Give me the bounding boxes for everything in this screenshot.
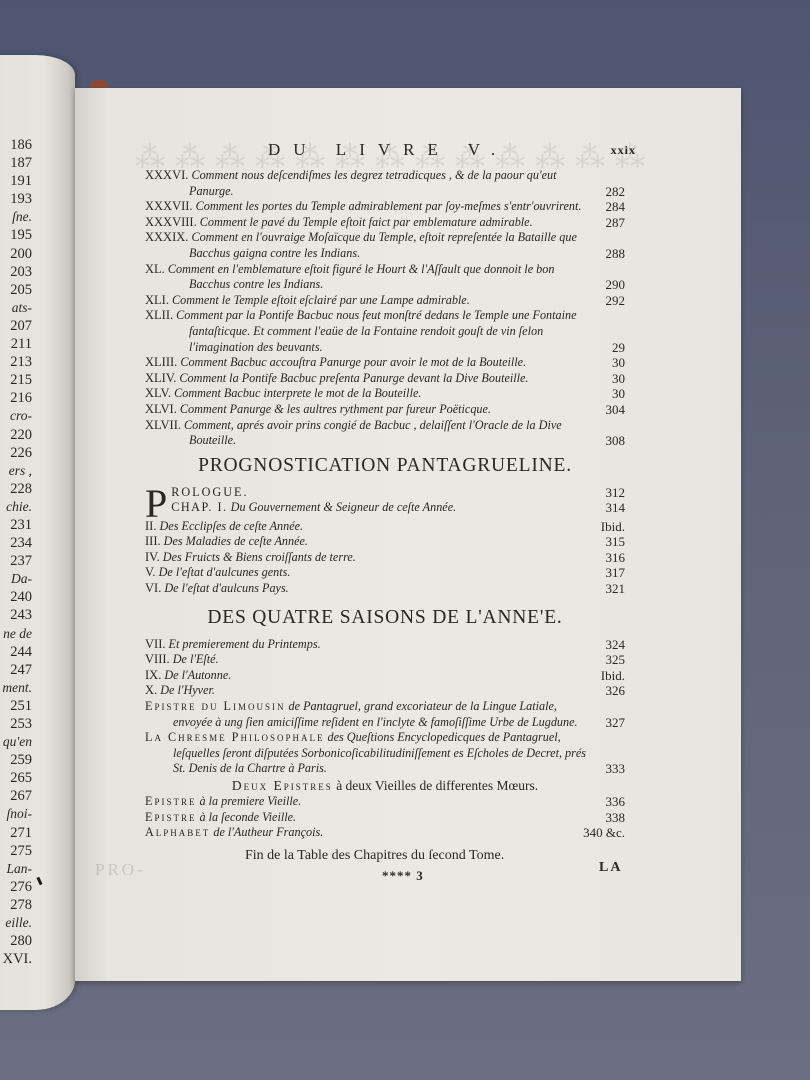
chapter-number: XLVI. (145, 402, 177, 416)
folio-number: xxix (611, 143, 636, 158)
toc-entry: X. De l'Hyver.326 (145, 683, 625, 699)
entry-heading: Epistre (145, 794, 196, 808)
chapter-title: Comment Bacbuc interprete le mot de la B… (174, 386, 421, 400)
page-number: Ibid. (601, 668, 625, 684)
chapter-title: Comment en l'emblemature eſtoit figuré l… (168, 262, 555, 292)
margin-text: 243 (0, 606, 32, 624)
chapter-number: XXXVIII. (145, 215, 197, 229)
chapter-title: Comment Panurge & les aultres rythment p… (180, 402, 491, 416)
chapter-number: XLI. (145, 293, 169, 307)
margin-text: 191 (0, 172, 32, 190)
margin-text: 226 (0, 444, 32, 462)
margin-text: 207 (0, 317, 32, 335)
toc-entry: XLVI. Comment Panurge & les aultres ryth… (145, 402, 625, 418)
margin-text: 275 (0, 842, 32, 860)
chapter-title: de l'Autheur François. (213, 825, 323, 839)
toc-entry: XLI. Comment le Temple eſtoit eſclairé p… (145, 293, 625, 309)
toc-entry: XXXVI. Comment nous deſcendiſmes les deg… (145, 168, 625, 199)
chapter-title: Comment le pavé du Temple eſtoit faict p… (200, 215, 533, 229)
margin-text: cro- (0, 407, 32, 425)
margin-text: 215 (0, 371, 32, 389)
margin-text: 234 (0, 534, 32, 552)
margin-text: 276 (0, 878, 32, 896)
page-number: 315 (606, 534, 626, 550)
prologue-entry: P ROLOGUE. 312 CHAP. I. Du Gouvernement … (145, 485, 625, 516)
prologue-label: ROLOGUE. (171, 485, 248, 499)
chapter-title: Comment par la Pontife Bacbuc nous feut … (176, 308, 576, 353)
deux-epistres-heading: Deux Epistres à deux Vieilles de differe… (145, 777, 625, 794)
margin-text: 265 (0, 769, 32, 787)
toc-entry: VII. Et premierement du Printemps.324 (145, 637, 625, 653)
chapter-number: X. (145, 683, 157, 697)
chapter-number: XXXVI. (145, 168, 188, 182)
margin-text: 259 (0, 751, 32, 769)
chapter-number: XXXIX. (145, 230, 188, 244)
toc-entry: XLII. Comment par la Pontife Bacbuc nous… (145, 308, 625, 355)
margin-text: Lan- (0, 860, 32, 878)
margin-text: 220 (0, 426, 32, 444)
margin-text: 231 (0, 516, 32, 534)
chapter-title: De l'Eſté. (173, 652, 219, 666)
margin-text: 237 (0, 552, 32, 570)
chresme-entry: La Chresme Philosophale des Queſtions En… (145, 730, 625, 777)
chapter-title: Comment la Pontife Bacbuc preſenta Panur… (179, 371, 528, 385)
margin-text: XVI. (0, 950, 32, 968)
margin-text: 203 (0, 263, 32, 281)
show-through-catchword: PRO- (95, 860, 146, 880)
chapter-title: Du Gouvernement & Seigneur de ceſte Anné… (231, 500, 457, 514)
section-title-prognostication: PROGNOSTICATION PANTAGRUELINE. (145, 455, 625, 477)
margin-text: 253 (0, 715, 32, 733)
toc-entry: II. Des Ecclipſes de ceſte Année.Ibid. (145, 519, 625, 535)
toc-entry: XXXVIII. Comment le pavé du Temple eſtoi… (145, 215, 625, 231)
margin-text: ſnoi- (0, 805, 32, 823)
page-number: 336 (606, 794, 626, 810)
epistre-entries: Epistre à la premiere Vieille.336Epistre… (145, 794, 625, 841)
margin-text: 280 (0, 932, 32, 950)
page-number: Ibid. (601, 519, 625, 535)
margin-text: 271 (0, 824, 32, 842)
epistre-limousin-entry: Epistre du Limousin de Pantagruel, grand… (145, 699, 625, 730)
page-number: 321 (606, 581, 626, 597)
margin-text: 216 (0, 389, 32, 407)
toc-entry: XXXIX. Comment en l'ouvraige Moſaïcque d… (145, 230, 625, 261)
livre-v-entries: XXXVI. Comment nous deſcendiſmes les deg… (145, 168, 625, 449)
margin-text: 267 (0, 787, 32, 805)
running-head: DU LIVRE V. xxix (75, 140, 741, 160)
chapter-number: XLV. (145, 386, 171, 400)
heading-small-caps: Deux Epistres (232, 778, 333, 793)
entry-heading: Epistre du Limousin (145, 699, 286, 713)
toc-entry: V. De l'eſtat d'aulcunes gents.317 (145, 565, 625, 581)
toc-entry: XLIII. Comment Bacbuc accouſtra Panurge … (145, 355, 625, 371)
chapter-title: Des Fruicts & Biens croiſſants de terre. (163, 550, 356, 564)
margin-text: ats- (0, 299, 32, 317)
margin-text: chie. (0, 498, 32, 516)
page-number: 326 (606, 683, 626, 699)
page-number: 317 (606, 565, 626, 581)
margin-text: 247 (0, 661, 32, 679)
chapter-number: XLII. (145, 308, 173, 322)
left-page: 186187191193ſne.195200203205ats-20721121… (0, 55, 75, 1010)
signature-mark: **** 3 (382, 868, 424, 884)
chapter-title: Et premierement du Printemps. (169, 637, 321, 651)
prognostication-entries: II. Des Ecclipſes de ceſte Année.Ibid.II… (145, 519, 625, 597)
chapter-title: De l'eſtat d'aulcuns Pays. (164, 581, 288, 595)
chapter-number: II. (145, 519, 156, 533)
page-number: 324 (606, 637, 626, 653)
toc-entry: IV. Des Fruicts & Biens croiſſants de te… (145, 550, 625, 566)
left-page-margin-column: 186187191193ſne.195200203205ats-20721121… (0, 136, 32, 968)
chapter-number: XLIII. (145, 355, 177, 369)
page-number: 338 (606, 810, 626, 826)
drop-cap: P (145, 487, 167, 519)
chapter-title: De l'eſtat d'aulcunes gents. (159, 565, 291, 579)
margin-text: 251 (0, 697, 32, 715)
margin-text: 211 (0, 335, 32, 353)
margin-text: qu'en (0, 733, 32, 751)
page-number: 314 (606, 500, 626, 516)
chapter-number: IV. (145, 550, 160, 564)
heading-text: à deux Vieilles de differentes Mœurs. (336, 778, 538, 793)
margin-text: 193 (0, 190, 32, 208)
right-page: ⁂⁂⁂⁂⁂⁂⁂⁂⁂⁂⁂⁂⁂ DU LIVRE V. xxix XXXVI. Co… (75, 88, 741, 981)
chapter-number: XLVII. (145, 418, 181, 432)
page-number: 312 (606, 485, 626, 501)
chapter-number: V. (145, 565, 156, 579)
chapter-number: XXXVII. (145, 199, 193, 213)
chapter-title: De l'Autonne. (164, 668, 231, 682)
chapter-title: Comment nous deſcendiſmes les degrez tet… (189, 168, 556, 198)
toc-entry: Epistre à la ſeconde Vieille.338 (145, 810, 625, 826)
chapter-number: VIII. (145, 652, 170, 666)
chapter-number: XL. (145, 262, 165, 276)
chapter-title: Comment le Temple eſtoit eſclairé par un… (172, 293, 470, 307)
toc-entry: XLV. Comment Bacbuc interprete le mot de… (145, 386, 625, 402)
chapter-title: Des Ecclipſes de ceſte Année. (160, 519, 304, 533)
margin-text: 244 (0, 643, 32, 661)
margin-text: Da- (0, 570, 32, 588)
chapter-title: Comment, aprés avoir prins congié de Bac… (184, 418, 562, 448)
margin-text: ment. (0, 679, 32, 697)
toc-entry: Epistre à la premiere Vieille.336 (145, 794, 625, 810)
chapter-title: Comment les portes du Temple admirableme… (196, 199, 582, 213)
catchword: LA (599, 860, 622, 876)
chapter-number: IX. (145, 668, 161, 682)
toc-entry: VIII. De l'Eſté.325 (145, 652, 625, 668)
margin-text: 200 (0, 245, 32, 263)
chapter-title: Comment Bacbuc accouſtra Panurge pour av… (180, 355, 526, 369)
margin-text: ers , (0, 462, 32, 480)
end-of-table-note: Fin de la Table des Chapitres du ſecond … (245, 848, 504, 864)
toc-entry: XLVII. Comment, aprés avoir prins congié… (145, 418, 625, 449)
chapter-title: Des Maladies de ceſte Année. (164, 534, 308, 548)
toc-entry: XLIV. Comment la Pontife Bacbuc preſenta… (145, 371, 625, 387)
chapter-number: VII. (145, 637, 165, 651)
margin-text: 278 (0, 896, 32, 914)
chapter-title: De l'Hyver. (160, 683, 215, 697)
toc-entry: Alphabet de l'Autheur François.340 &c. (145, 825, 625, 841)
saisons-entries: VII. Et premierement du Printemps.324VII… (145, 637, 625, 699)
chapter-number: XLIV. (145, 371, 176, 385)
chapter-title: à la premiere Vieille. (200, 794, 302, 808)
toc-entry: VI. De l'eſtat d'aulcuns Pays.321 (145, 581, 625, 597)
margin-text: 195 (0, 226, 32, 244)
margin-text: eille. (0, 914, 32, 932)
chapter-title: à la ſeconde Vieille. (200, 810, 297, 824)
margin-text: ne de (0, 625, 32, 643)
page-number: 316 (606, 550, 626, 566)
chapter-number: VI. (145, 581, 161, 595)
table-of-contents: XXXVI. Comment nous deſcendiſmes les deg… (145, 168, 625, 841)
toc-entry: XXXVII. Comment les portes du Temple adm… (145, 199, 625, 215)
page-number: 325 (606, 652, 626, 668)
entry-heading: Epistre (145, 810, 196, 824)
chapter-number: CHAP. I. (171, 500, 227, 514)
margin-text: ſne. (0, 208, 32, 226)
margin-text: 213 (0, 353, 32, 371)
entry-heading: Alphabet (145, 825, 210, 839)
chapter-number: III. (145, 534, 161, 548)
page-number: 340 &c. (583, 825, 625, 841)
toc-entry: IX. De l'Autonne.Ibid. (145, 668, 625, 684)
entry-heading: La Chresme Philosophale (145, 730, 324, 744)
margin-text: 228 (0, 480, 32, 498)
toc-entry: III. Des Maladies de ceſte Année.315 (145, 534, 625, 550)
section-title-saisons: DES QUATRE SAISONS DE L'ANNE'E. (145, 607, 625, 629)
running-head-title: DU LIVRE V. (268, 140, 508, 160)
chapter-title: Comment en l'ouvraige Moſaïcque du Templ… (189, 230, 577, 260)
margin-text: 187 (0, 154, 32, 172)
margin-text: 186 (0, 136, 32, 154)
toc-entry: XL. Comment en l'emblemature eſtoit figu… (145, 262, 625, 293)
margin-text: 205 (0, 281, 32, 299)
margin-text: 240 (0, 588, 32, 606)
